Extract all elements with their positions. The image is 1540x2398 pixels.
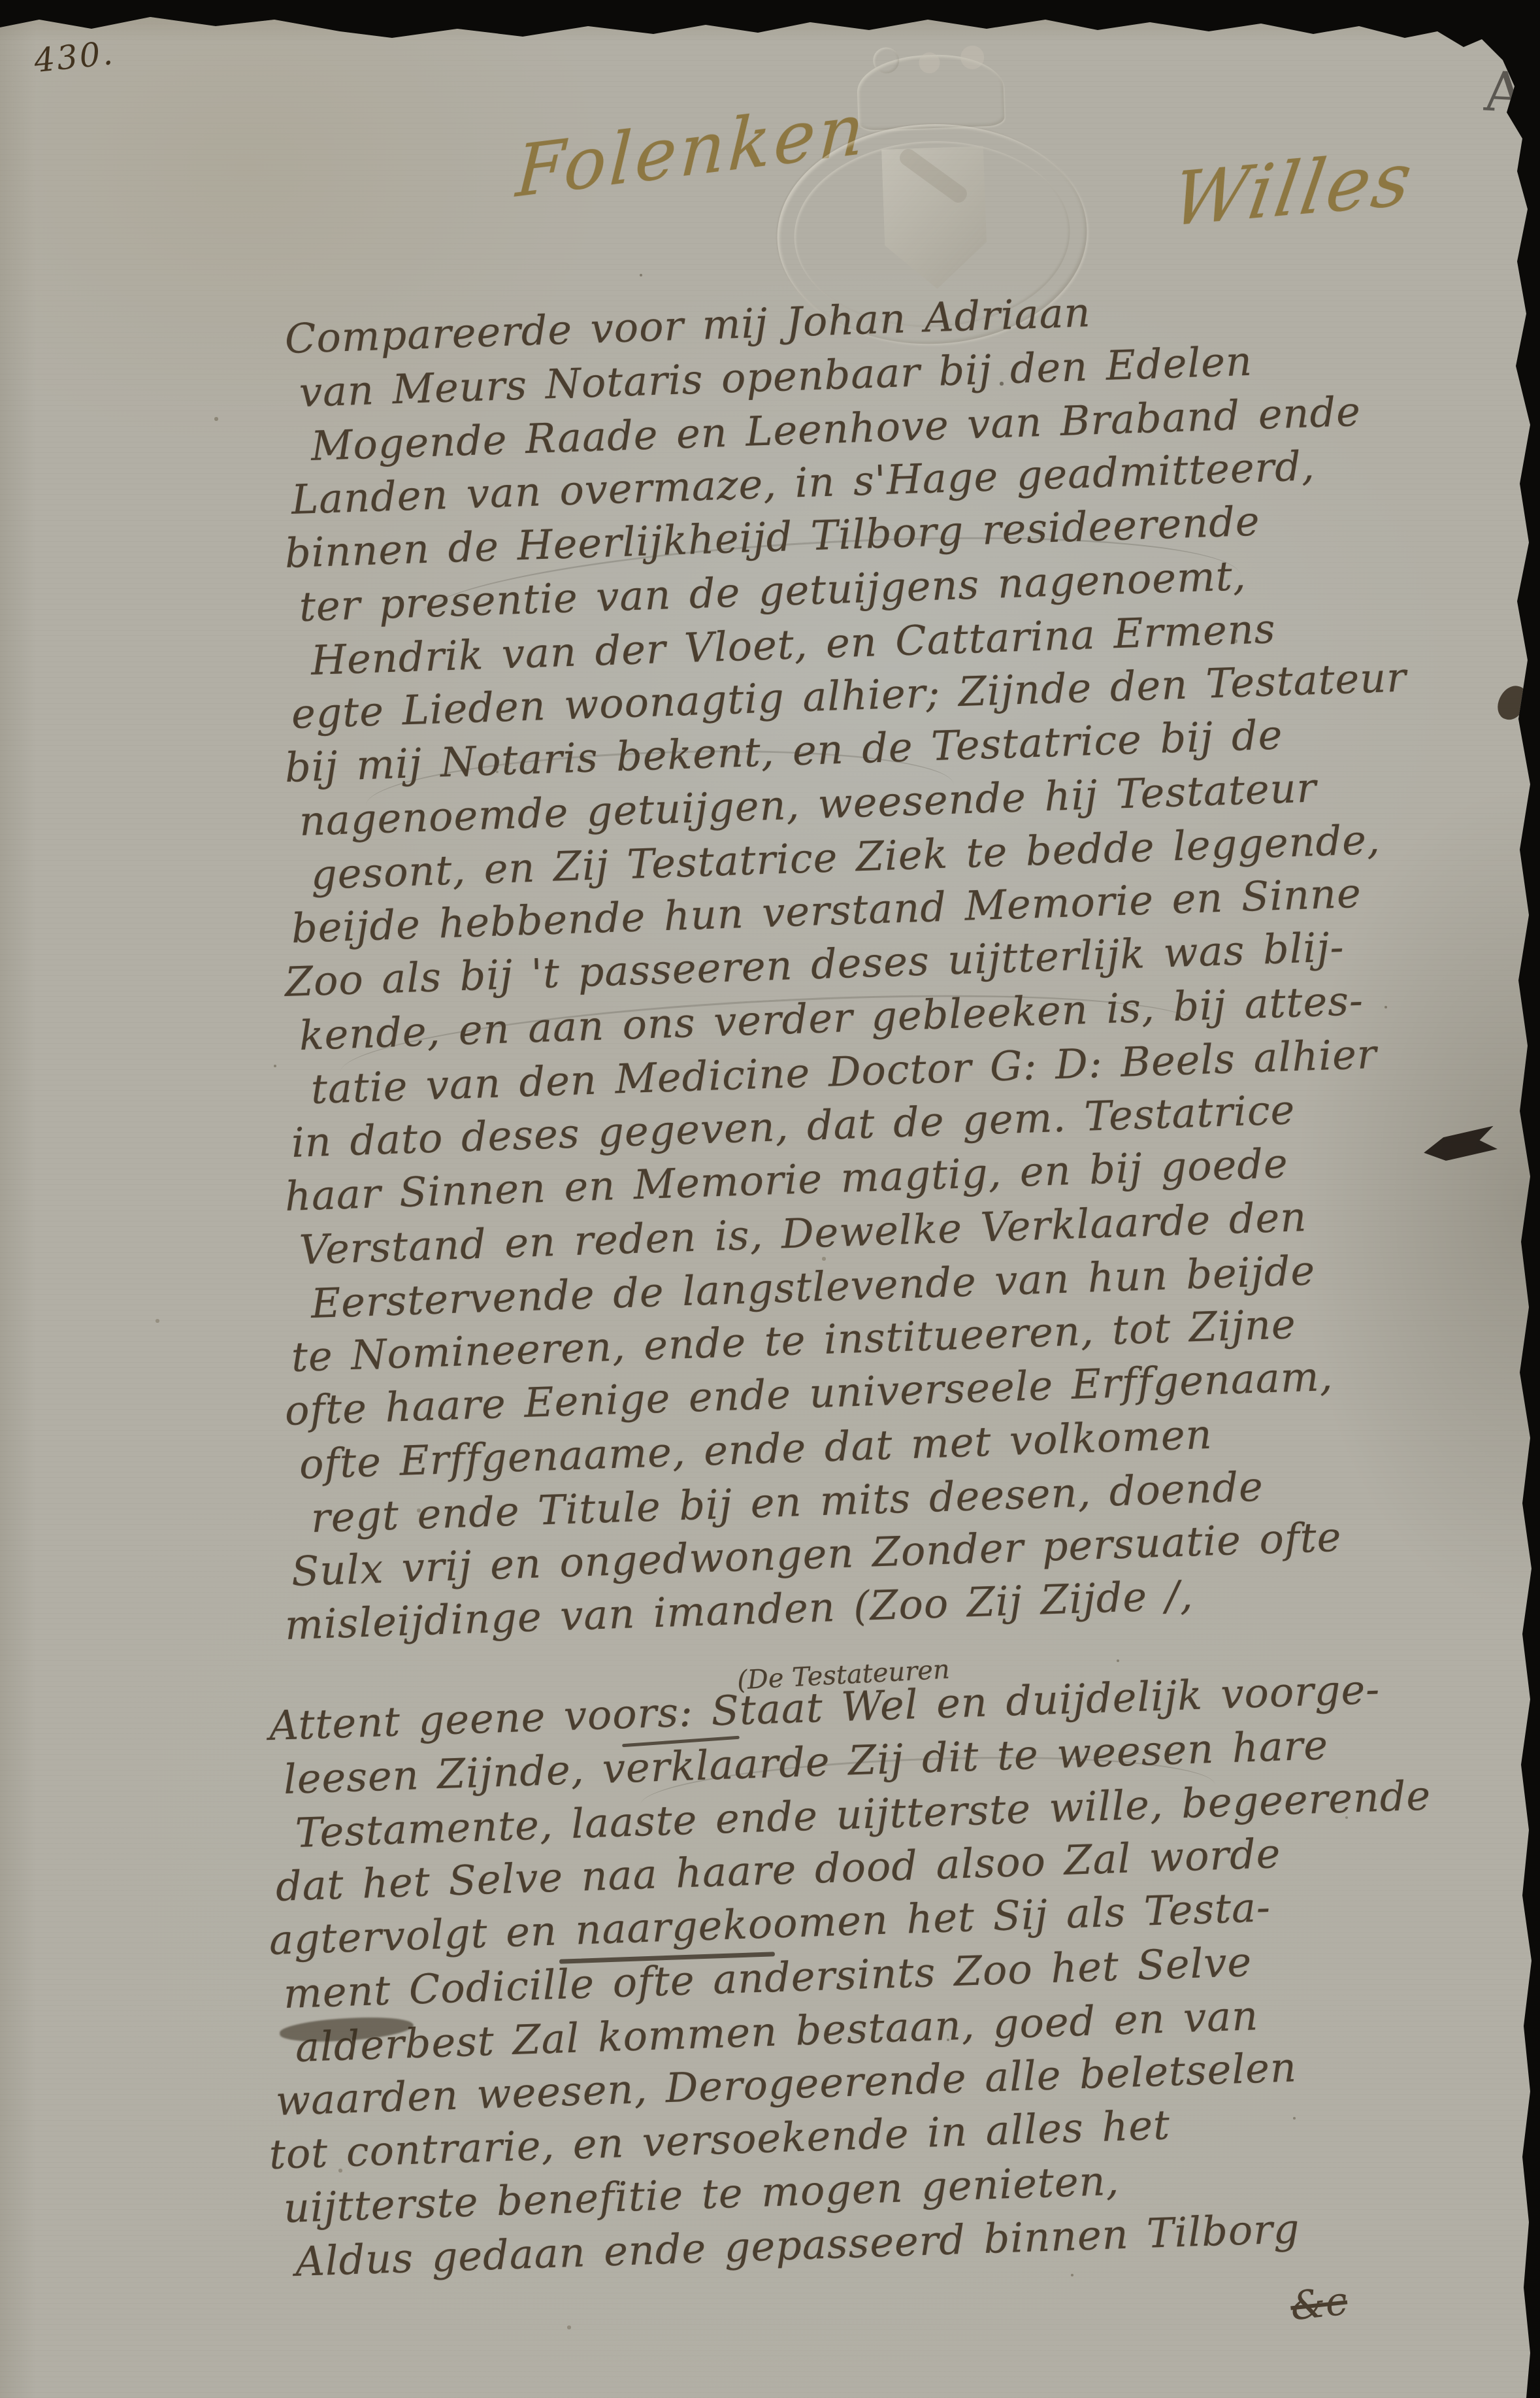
corner-letter-annotation: A xyxy=(1483,59,1526,125)
manuscript-paragraph-2: Attent geene voors: Staat Wel en duijdel… xyxy=(264,1699,1518,2289)
right-flourish-inscription: Willes xyxy=(1166,136,1420,243)
paper-fibre-specks xyxy=(0,0,1,1)
manuscript-paragraph-1: Compareerde voor mij Johan Adriaanvan Me… xyxy=(280,312,1534,1652)
seal-crown xyxy=(856,52,1005,131)
archive-page-number: 430. xyxy=(32,34,116,80)
scan-background: 430. A Folenken Willes Compareerde voor … xyxy=(0,0,1540,2398)
etcetera-closing-mark: &c xyxy=(1288,2278,1350,2330)
manuscript-page: 430. A Folenken Willes Compareerde voor … xyxy=(0,0,1540,2398)
